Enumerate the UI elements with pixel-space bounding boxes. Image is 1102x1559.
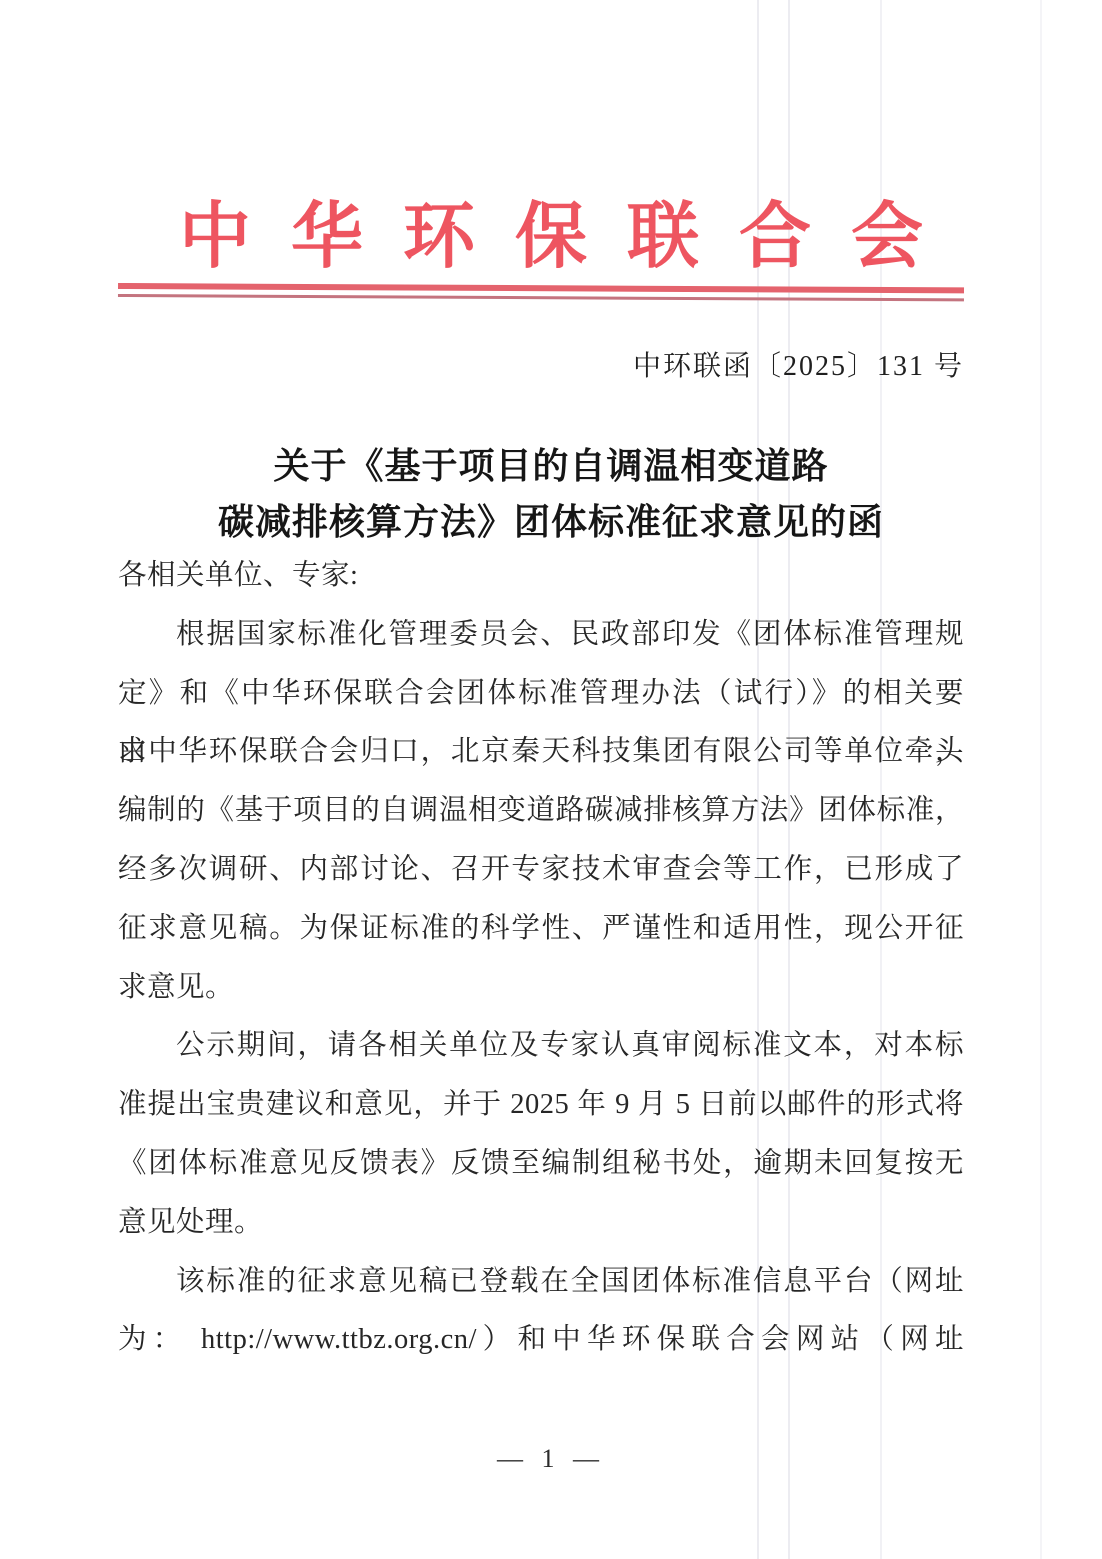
body-line: 准提出宝贵建议和意见，并于 2025 年 9 月 5 日前以邮件的形式将 <box>118 1076 964 1135</box>
header-divider-thin-line <box>118 294 964 301</box>
page-number: — 1 — <box>0 1444 1102 1474</box>
body-line: 根据国家标准化管理委员会、民政部印发《团体标准管理规 <box>118 606 964 665</box>
body-line: 编制的《基于项目的自调温相变道路碳减排核算方法》团体标准， <box>118 782 964 841</box>
body-line: 求意见。 <box>118 959 964 1018</box>
doc-number: 中环联函〔2025〕131 号 <box>118 346 964 388</box>
body-line: 经多次调研、内部讨论、召开专家技术审查会等工作，已形成了 <box>118 841 964 900</box>
org-name-header: 中华环保联合会 <box>0 178 1102 282</box>
header-divider <box>118 283 964 301</box>
body-line: 《团体标准意见反馈表》反馈至编制组秘书处，逾期未回复按无 <box>118 1135 964 1194</box>
document-body: 各相关单位、专家:根据国家标准化管理委员会、民政部印发《团体标准管理规定》和《中… <box>118 547 964 1370</box>
body-line: 各相关单位、专家: <box>118 547 964 606</box>
body-line: 该标准的征求意见稿已登载在全国团体标准信息平台（网址 <box>118 1253 964 1312</box>
document-title: 关于《基于项目的自调温相变道路 碳减排核算方法》团体标准征求意见的函 <box>0 438 1102 550</box>
document-title-line-1: 关于《基于项目的自调温相变道路 <box>0 438 1102 494</box>
body-line: 定》和《中华环保联合会团体标准管理办法（试行）》的相关要求， <box>118 665 964 724</box>
body-line: 为： http://www.ttbz.org.cn/）和中华环保联合会网站（网址 <box>118 1311 964 1370</box>
document-page: 中华环保联合会 中环联函〔2025〕131 号 关于《基于项目的自调温相变道路 … <box>0 0 1102 1559</box>
body-line: 意见处理。 <box>118 1194 964 1253</box>
document-title-line-2: 碳减排核算方法》团体标准征求意见的函 <box>0 494 1102 550</box>
header-divider-thick-line <box>118 283 964 293</box>
body-line: 公示期间，请各相关单位及专家认真审阅标准文本，对本标 <box>118 1017 964 1076</box>
body-line: 由中华环保联合会归口，北京秦天科技集团有限公司等单位牵头 <box>118 723 964 782</box>
body-line: 征求意见稿。为保证标准的科学性、严谨性和适用性，现公开征 <box>118 900 964 959</box>
